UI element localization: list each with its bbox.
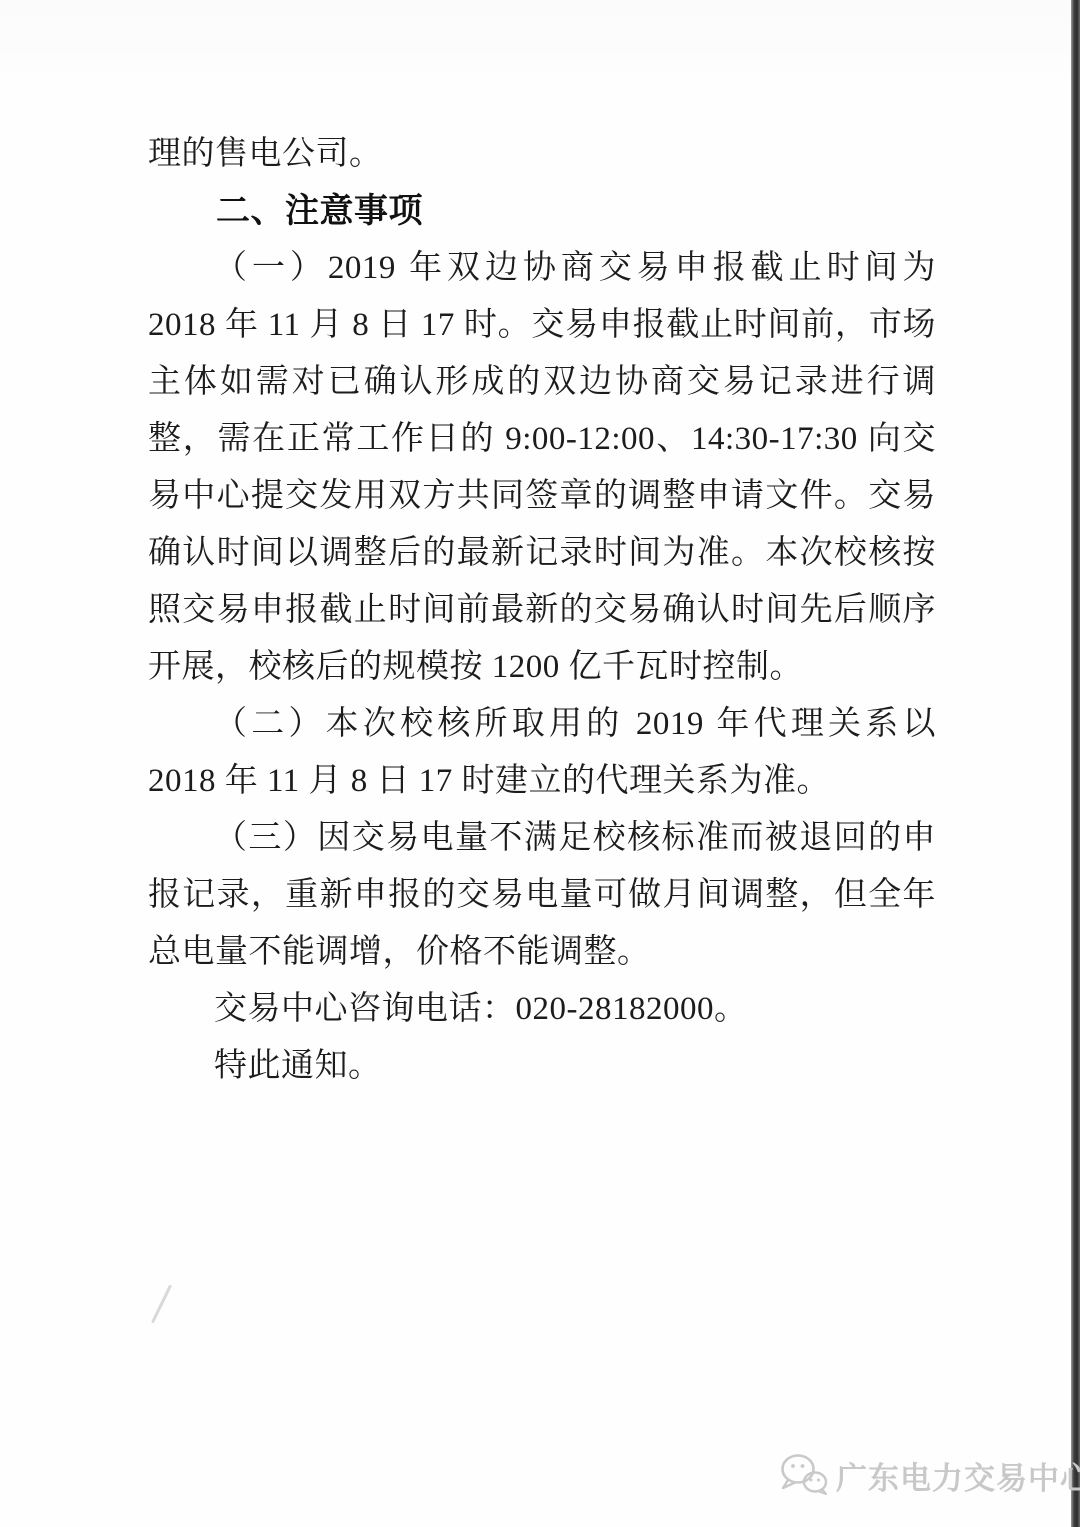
watermark: 广东电力交易中心	[778, 1452, 1080, 1498]
notice-body: 理的售电公司。 二、注意事项 （一）2019 年双边协商交易申报截止时间为 20…	[148, 126, 936, 1095]
document-page: 理的售电公司。 二、注意事项 （一）2019 年双边协商交易申报截止时间为 20…	[0, 0, 1080, 1527]
paragraph-item-1: （一）2019 年双边协商交易申报截止时间为 2018 年 11 月 8 日 1…	[148, 240, 936, 696]
paragraph-continuation: 理的售电公司。	[148, 126, 936, 183]
scan-edge-line	[1071, 0, 1080, 1527]
paragraph-item-2: （二）本次校核所取用的 2019 年代理关系以 2018 年 11 月 8 日 …	[148, 696, 936, 810]
scan-scratch-artifact	[151, 1284, 172, 1323]
paragraph-item-3: （三）因交易电量不满足校核标准而被退回的申报记录，重新申报的交易电量可做月间调整…	[148, 810, 936, 981]
wechat-icon	[778, 1452, 830, 1498]
closing-line: 特此通知。	[148, 1038, 936, 1095]
contact-phone-line: 交易中心咨询电话：020-28182000。	[148, 981, 936, 1038]
section-heading: 二、注意事项	[148, 183, 936, 240]
watermark-label: 广东电力交易中心	[836, 1453, 1080, 1498]
